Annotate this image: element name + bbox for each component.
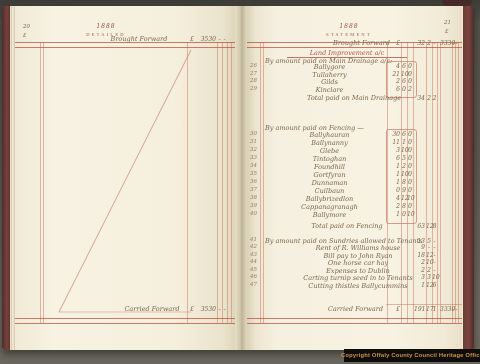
entry-name: Tintoghan <box>277 155 382 163</box>
left-cf-pence: - <box>222 306 227 313</box>
entry-pounds: 1 <box>388 211 400 218</box>
entry-number: 42 <box>248 244 259 250</box>
entry-pounds: 2 <box>414 267 425 274</box>
entry-pounds: 2 <box>388 203 400 210</box>
left-bf-pence: - <box>222 36 227 43</box>
group3-intro-number: 41 <box>248 237 259 243</box>
group2-total-pounds: 63 <box>414 223 425 230</box>
left-bf-pounds: 3530 <box>195 36 216 43</box>
entry-number: 44 <box>248 259 259 265</box>
right-section-heading: STATEMENT <box>309 32 389 37</box>
entry-name: Ballyhauran <box>277 131 382 139</box>
ledger-entry-row: 38 Ballybrizedlon 4 12 10 <box>247 195 462 203</box>
entry-pence: - <box>432 259 437 266</box>
ledger-entry-row: 47 Cutting thistles Ballycummins 1 12 6 <box>247 282 462 290</box>
entry-number: 39 <box>248 203 259 209</box>
entry-number: 31 <box>248 139 259 145</box>
entry-name: Foundhill <box>277 163 382 171</box>
entry-number: 36 <box>248 179 259 185</box>
ledger-entry-row: 28 Gilds 2 6 0 <box>247 78 462 86</box>
left-brought-forward-label: Brought Forward <box>99 35 179 43</box>
entry-pence: 10 <box>432 274 437 281</box>
right-bf-total-pounds: 3330 <box>440 40 451 47</box>
ledger-entry-row: 46 Carting turnip seed in to Tenants 3 3… <box>247 274 462 282</box>
ledger-entry-row: 36 Dunnaman 1 8 0 <box>247 179 462 187</box>
entry-pounds: 0 <box>388 187 400 194</box>
ruled-line-horizontal <box>247 47 462 48</box>
right-carried-forward-label: Carried Forward <box>313 305 398 313</box>
entry-pounds: 30 <box>388 131 400 138</box>
ledger-entry-row: 34 Foundhill 1 2 0 <box>247 163 462 171</box>
copyright-bar: Copyright Offaly County Council Heritage… <box>344 349 480 362</box>
entry-pence: - <box>432 267 437 274</box>
ledger-entry-row: 43 Bill pay to John Ryan 18 12 - <box>247 252 462 260</box>
entry-pounds: 1 <box>414 282 425 289</box>
group1-rows: 26 Ballygore 4 6 0 27 Tullaherry 21 <box>247 63 462 93</box>
ledger-entry-row: 32 Glebe 3 10 0 <box>247 147 462 155</box>
entry-name: Kinclare <box>277 86 382 94</box>
ledger-book: 20 £ 1888 DETAILED Brought Forward £ 353… <box>2 6 474 350</box>
book-gutter <box>235 6 247 350</box>
book-cover-right-edge <box>462 6 474 350</box>
ledger-entry-row: 39 Cappanagranagh 2 8 0 <box>247 203 462 211</box>
entry-number: 43 <box>248 252 259 258</box>
entry-number: 28 <box>248 78 259 84</box>
ledger-entry-row: 42 Rent of R. Williams house 9 - - <box>247 244 462 252</box>
ledger-entry-row: 30 Ballyhauran 30 6 0 <box>247 131 462 139</box>
entry-pence: 0 <box>407 171 413 178</box>
entry-pence: 0 <box>407 163 413 170</box>
entry-number: 38 <box>248 195 259 201</box>
entry-pence: 0 <box>407 63 413 70</box>
right-bf-currency: £ <box>395 40 401 47</box>
ledger-entry-row: 40 Ballymore 1 0 10 <box>247 211 462 219</box>
entry-pence: 10 <box>407 211 413 218</box>
entry-number: 46 <box>248 274 259 280</box>
ledger-entry-row: 45 Expenses to Dublin 2 2 - <box>247 267 462 275</box>
ruled-line-horizontal <box>247 323 462 324</box>
right-brought-forward-label: Brought Forward <box>319 39 404 47</box>
right-folio-number: 21 <box>444 20 451 26</box>
entry-pounds: 2 <box>414 259 425 266</box>
left-cf-pounds: 3530 <box>195 306 216 313</box>
entry-pounds: 6 <box>388 86 400 93</box>
entry-pounds: 1 <box>388 179 400 186</box>
photo-background: 20 £ 1888 DETAILED Brought Forward £ 353… <box>0 0 480 364</box>
entry-number: 33 <box>248 155 259 161</box>
book-cover-left-edge <box>2 6 10 350</box>
right-cf-total-pounds: 3330 <box>440 306 451 313</box>
entry-number: 26 <box>248 63 259 69</box>
entry-name: Ballymore <box>277 211 382 219</box>
entry-pounds: 4 <box>388 195 400 202</box>
entry-name: Gortfyran <box>277 171 382 179</box>
entry-pounds: 18 <box>414 252 425 259</box>
ruled-line-horizontal <box>247 318 462 319</box>
right-cf-currency: £ <box>395 306 401 313</box>
entry-number: 27 <box>248 71 259 77</box>
entry-pence: 0 <box>407 147 413 154</box>
entry-number: 37 <box>248 187 259 193</box>
ledger-entry-row: 27 Tullaherry 21 10 0 <box>247 71 462 79</box>
entry-pence: 0 <box>407 139 413 146</box>
entry-name: Ballynanny <box>277 139 382 147</box>
entry-pounds: 4 <box>388 63 400 70</box>
entry-pence: 0 <box>407 187 413 194</box>
copyright-text: Copyright Offaly County Council Heritage… <box>341 353 480 359</box>
entry-pence: 0 <box>407 78 413 85</box>
group2-total-pence: 8 <box>432 223 437 230</box>
ledger-entry-row: 29 Kinclare 6 0 2 <box>247 86 462 94</box>
entry-number: 32 <box>248 147 259 153</box>
entry-name: Cutting thistles Ballycummins <box>299 282 417 290</box>
entry-name: Dunnaman <box>277 179 382 187</box>
entry-name: Cuilbaun <box>277 187 382 195</box>
ledger-entry-row: 31 Ballynanny 11 1 0 <box>247 139 462 147</box>
right-year-heading: 1888 <box>309 23 389 30</box>
entry-pounds: 2 <box>388 78 400 85</box>
right-page: 21 £ 1888 STATEMENT Brought Forward £ 32… <box>247 6 462 350</box>
entry-pounds: 11 <box>388 139 400 146</box>
group3-rows: 42 Rent of R. Williams house 9 - - 43 Bi… <box>247 244 462 289</box>
group1-total-pounds: 34 <box>414 95 425 102</box>
entry-pounds: 9 <box>414 244 425 251</box>
entry-pounds: 1 <box>388 163 400 170</box>
entry-pence: - <box>432 244 437 251</box>
entry-name: Ballybrizedlon <box>277 195 382 203</box>
entry-number: 35 <box>248 171 259 177</box>
ledger-entry-row: 35 Gortfyran 1 10 0 <box>247 171 462 179</box>
entry-pounds: 21 <box>388 71 400 78</box>
ledger-entry-row: 37 Cuilbaun 0 9 0 <box>247 187 462 195</box>
entry-pence: 0 <box>407 131 413 138</box>
entry-pounds: 1 <box>388 171 400 178</box>
group2-rows: 30 Ballyhauran 30 6 0 31 Ballynanny 11 1… <box>247 131 462 219</box>
group2-total-label: Total paid on Fencing <box>307 222 387 230</box>
right-bf-pounds: 32 <box>414 40 425 47</box>
ledger-entry-row: 26 Ballygore 4 6 0 <box>247 63 462 71</box>
book-corner <box>442 0 472 6</box>
entry-pence: 6 <box>432 282 437 289</box>
entry-number: 47 <box>248 282 259 288</box>
entry-pence: 0 <box>407 203 413 210</box>
entry-number: 45 <box>248 267 259 273</box>
entry-number: 29 <box>248 86 259 92</box>
left-carried-forward-label: Carried Forward <box>112 305 192 313</box>
entry-pence: 2 <box>407 86 413 93</box>
entry-pounds: 3 <box>388 147 400 154</box>
right-cf-total-pence: - <box>455 306 458 313</box>
left-page: 20 £ 1888 DETAILED Brought Forward £ 353… <box>15 6 235 350</box>
entry-name: Cappanagranagh <box>277 203 382 211</box>
right-currency-mark: £ <box>445 29 449 35</box>
cancellation-triangle <box>15 6 235 350</box>
ledger-entry-row: 44 One horse car hay 2 10 - <box>247 259 462 267</box>
entry-pounds: 3 <box>414 274 425 281</box>
entry-pounds: 6 <box>388 155 400 162</box>
right-cf-pence: 1 <box>432 306 437 313</box>
right-cf-pounds: 191 <box>414 306 425 313</box>
group1-total-label: Total paid on Main Drainage <box>307 94 387 102</box>
entry-pence: 0 <box>407 155 413 162</box>
entry-pence: 0 <box>407 179 413 186</box>
entry-pence: 0 <box>407 71 413 78</box>
ledger-entry-row: 33 Tintoghan 6 5 0 <box>247 155 462 163</box>
right-bf-total-pence: - <box>455 40 458 47</box>
entry-pence: - <box>432 252 437 259</box>
entry-name: Glebe <box>277 147 382 155</box>
entry-number: 40 <box>248 211 259 217</box>
group1-total-pence: 2 <box>432 95 437 102</box>
entry-pence: 10 <box>407 195 413 202</box>
entry-number: 30 <box>248 131 259 137</box>
right-bf-pence: - <box>432 40 437 47</box>
entry-number: 34 <box>248 163 259 169</box>
